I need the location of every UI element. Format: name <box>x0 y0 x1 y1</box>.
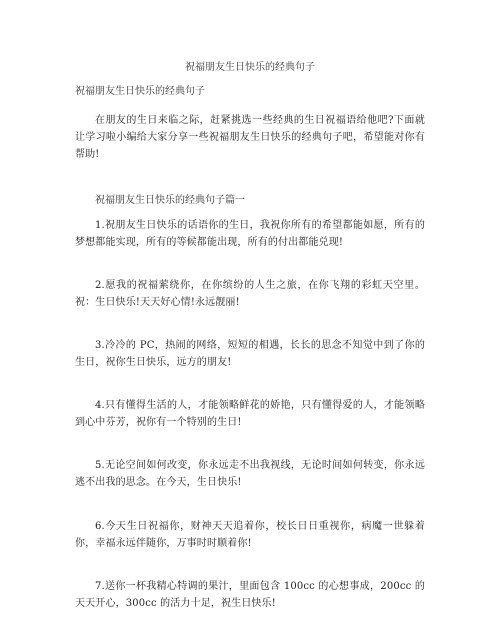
list-item: 7.送你一杯我精心特调的果汁，里面包含 100cc 的心想事成，200cc 的天… <box>75 578 425 612</box>
document-heading: 祝福朋友生日快乐的经典句子 <box>75 85 205 99</box>
list-item: 6.今天生日祝福你，财神天天追着你，校长日日重视你，病魔一世躲着你，幸福永远伴随… <box>75 518 425 552</box>
list-item: 4.只有懂得生活的人，才能领略鲜花的娇艳，只有懂得爱的人，才能领略到心中芬芳，祝… <box>75 397 425 431</box>
list-item: 5.无论空间如何改变，你永远走不出我视线，无论时间如何转变，你永远逃不出我的思念… <box>75 457 425 491</box>
list-item: 2.愿我的祝福萦绕你，在你缤纷的人生之旅，在你飞翔的彩虹天空里。祝：生日快乐!天… <box>75 277 425 311</box>
section-title: 祝福朋友生日快乐的经典句子篇一 <box>95 194 245 208</box>
list-item: 3.冷冷的 PC，热闹的网络，短短的相遇，长长的思念不知觉中到了你的生日，祝你生… <box>75 337 425 371</box>
document-title: 祝福朋友生日快乐的经典句子 <box>0 61 500 75</box>
document-page: 祝福朋友生日快乐的经典句子 祝福朋友生日快乐的经典句子 在朋友的生日来临之际，赶… <box>0 0 500 637</box>
list-item: 1.祝朋友生日快乐的话语你的生日，我祝你所有的希望都能如愿，所有的梦想都能实现，… <box>75 217 425 251</box>
intro-paragraph: 在朋友的生日来临之际，赶紧挑选一些经典的生日祝福语给他吧?下面就让学习啦小编给大… <box>75 112 425 163</box>
